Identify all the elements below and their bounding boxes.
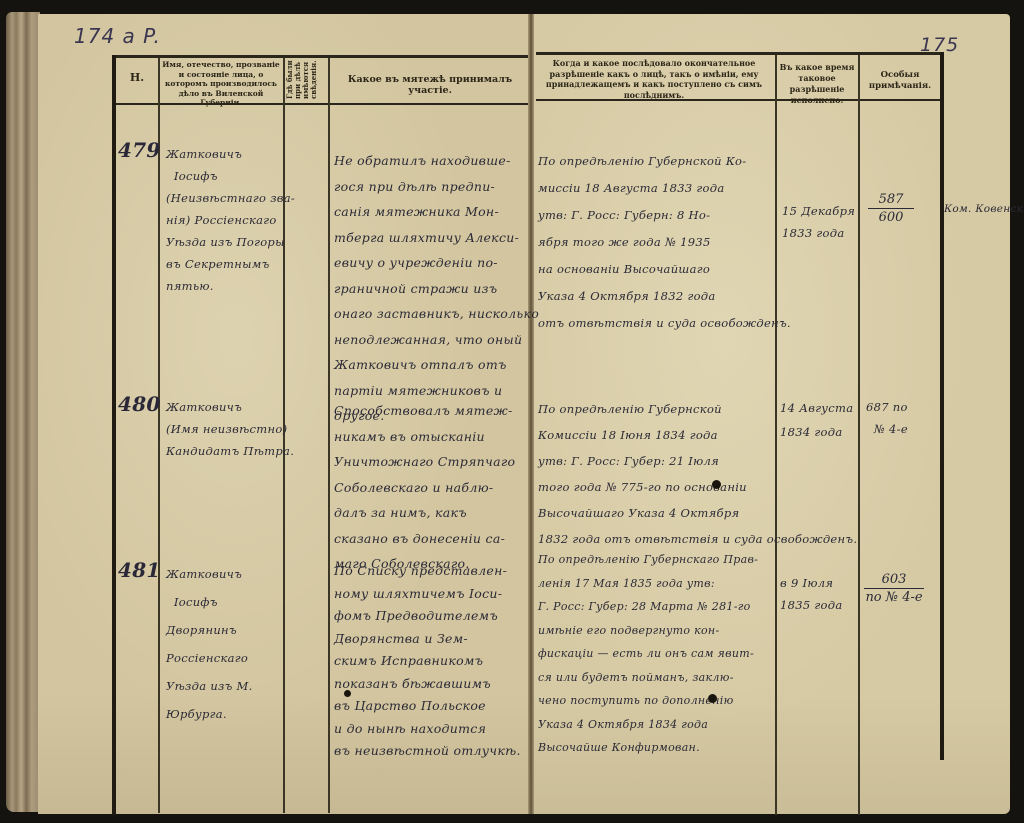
executed-date-cell: 14 Августа 1834 года [780, 396, 853, 444]
reference-number: 587600 [868, 192, 914, 225]
resolution-cell: По опредѣленію Губернскаго Прав- ленія 1… [538, 548, 758, 760]
page-edges [6, 12, 40, 812]
folio-number-left: 174 a P. [74, 24, 161, 48]
left-border-rule [112, 55, 116, 815]
header-executed: Въ какое время таковое разрѣшеніе исполн… [777, 62, 857, 106]
right-border-rule [940, 52, 944, 760]
table-top-rule-right [536, 52, 944, 55]
row-number: 481 [118, 558, 161, 584]
header-role: Какое въ мятежѣ принималъ участіе. [332, 74, 528, 96]
header-resolution: Когда и какое послѣдовало окончательное … [536, 58, 772, 100]
executed-date-cell: 15 Декабря 1833 года [782, 200, 855, 244]
col-rule-executed [858, 55, 860, 815]
ink-blot [712, 480, 721, 489]
executed-date-cell: в 9 Іюля 1835 года [780, 572, 843, 616]
person-name-cell: Жатковичъ Іосифъ Дворянинъ Россіенскаго … [166, 560, 253, 728]
reference-number: 687 по № 4-е [866, 396, 908, 440]
rebellion-role-cell: Не обратилъ находивше- гося при дѣлѣ пре… [334, 148, 539, 429]
rebellion-role-cell: Способствовалъ мятеж- никамъ въ отыскані… [334, 398, 515, 577]
reference-number: 603по № 4-е [864, 572, 924, 605]
notes-cell: Ком. Ковенск. [944, 198, 1024, 220]
ink-blot [344, 690, 351, 697]
header-notes: Особыя примѣчанія. [860, 70, 940, 92]
header-where: Гдѣ были при дѣлѣ имѣются свѣденія. [286, 60, 326, 100]
header-n: Н. [118, 72, 156, 83]
col-rule-n [158, 58, 160, 813]
row-number: 480 [118, 392, 161, 418]
row-number: 479 [118, 138, 161, 164]
header-name: Имя, отечество, прозваніе и состояніе ли… [161, 60, 281, 108]
person-name-cell: Жатковичъ (Имя неизвѣстно) Кандидатъ Пѣт… [166, 396, 294, 462]
open-register-book: 174 a P. 175 Н. Имя, отечество, прозвані… [0, 0, 1024, 823]
person-name-cell: Жатковичъ Іосифъ (Неизвѣстнаго зва- нія)… [166, 143, 295, 297]
resolution-cell: По опредѣленію Губернской Ко- миссіи 18 … [538, 148, 791, 337]
rebellion-role-cell: По Списку представлен- ному шляхтичемъ І… [334, 560, 521, 763]
ink-blot [708, 694, 717, 703]
table-top-rule-left [115, 55, 528, 58]
col-rule-where [328, 58, 330, 813]
